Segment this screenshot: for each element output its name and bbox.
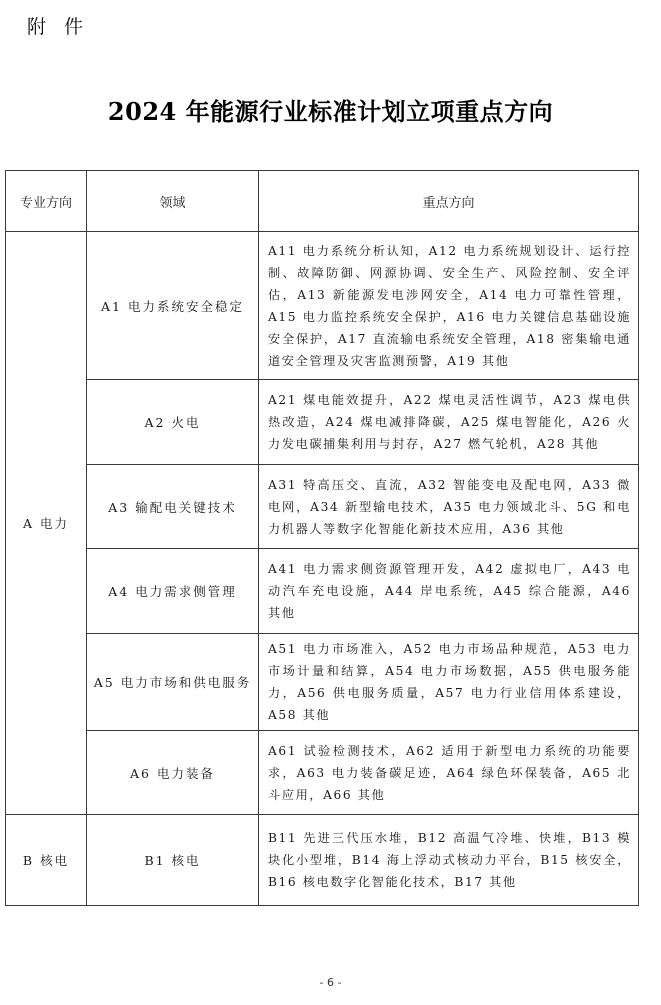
table-row: A4 电力需求侧管理 A41 电力需求侧资源管理开发，A42 虚拟电厂，A43 … [6,549,639,634]
category-cell-b: B 核电 [6,815,87,906]
table-header-row: 专业方向 领域 重点方向 [6,171,639,232]
column-header-field: 领域 [87,171,259,232]
field-cell: A6 电力装备 [87,731,259,815]
focus-cell: A31 特高压交、直流，A32 智能变电及配电网，A33 微电网，A34 新型输… [259,465,639,549]
column-header-focus: 重点方向 [259,171,639,232]
attachment-label: 附 件 [27,12,89,39]
table-row: A3 输配电关键技术 A31 特高压交、直流，A32 智能变电及配电网，A33 … [6,465,639,549]
focus-cell: A11 电力系统分析认知，A12 电力系统规划设计、运行控制、故障防御、网源协调… [259,232,639,380]
page-number: - 6 - [0,976,661,989]
focus-cell: A51 电力市场准入，A52 电力市场品种规范，A53 电力市场计量和结算，A5… [259,634,639,731]
field-cell: A3 输配电关键技术 [87,465,259,549]
table-row: A2 火电 A21 煤电能效提升，A22 煤电灵活性调节，A23 煤电供热改造，… [6,380,639,465]
category-cell-a: A 电力 [6,232,87,815]
table-row: A5 电力市场和供电服务 A51 电力市场准入，A52 电力市场品种规范，A53… [6,634,639,731]
field-cell: A5 电力市场和供电服务 [87,634,259,731]
focus-cell: A41 电力需求侧资源管理开发，A42 虚拟电厂，A43 电动汽车充电设施，A4… [259,549,639,634]
table-row: A6 电力装备 A61 试验检测技术，A62 适用于新型电力系统的功能要求，A6… [6,731,639,815]
field-cell: A2 火电 [87,380,259,465]
column-header-category: 专业方向 [6,171,87,232]
focus-cell: A61 试验检测技术，A62 适用于新型电力系统的功能要求，A63 电力装备碳足… [259,731,639,815]
field-cell: B1 核电 [87,815,259,906]
document-title: 2024 年能源行业标准计划立项重点方向 [0,92,661,127]
table-row: B 核电 B1 核电 B11 先进三代压水堆，B12 高温气冷堆、快堆，B13 … [6,815,639,906]
focus-cell: B11 先进三代压水堆，B12 高温气冷堆、快堆，B13 模块化小型堆，B14 … [259,815,639,906]
field-cell: A1 电力系统安全稳定 [87,232,259,380]
focus-cell: A21 煤电能效提升，A22 煤电灵活性调节，A23 煤电供热改造，A24 煤电… [259,380,639,465]
standards-focus-table: 专业方向 领域 重点方向 A 电力 A1 电力系统安全稳定 A11 电力系统分析… [5,170,639,906]
table-row: A 电力 A1 电力系统安全稳定 A11 电力系统分析认知，A12 电力系统规划… [6,232,639,380]
field-cell: A4 电力需求侧管理 [87,549,259,634]
